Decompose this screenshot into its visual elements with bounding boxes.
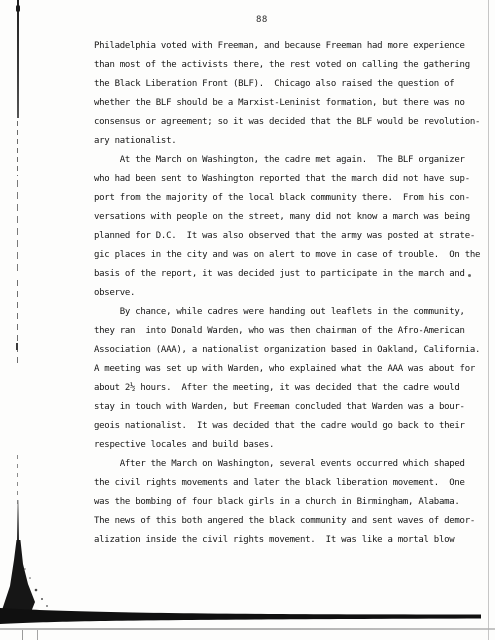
bottom-ink-artifact — [0, 540, 495, 640]
left-scan-edge-speck — [16, 343, 18, 350]
bottom-tick-mark — [37, 630, 38, 640]
page-number: 88 — [256, 15, 268, 26]
bottom-tick-mark — [22, 630, 23, 640]
typewritten-body-text: Philadelphia voted with Freeman, and bec… — [94, 37, 480, 550]
left-scan-edge-nub — [16, 5, 20, 12]
left-scan-edge-dashes — [17, 280, 18, 368]
bottom-scan-bar — [0, 608, 481, 624]
stray-ink-speck — [468, 274, 471, 277]
left-scan-edge-dashes — [17, 180, 18, 275]
left-scan-edge-line — [17, 0, 19, 118]
left-scan-edge-dashes — [17, 121, 18, 176]
left-scan-edge-fade — [17, 500, 19, 542]
scanned-document-page: 88 Philadelphia voted with Freeman, and … — [0, 0, 495, 640]
bottom-ruled-line — [0, 628, 495, 630]
ink-blob — [2, 540, 35, 614]
